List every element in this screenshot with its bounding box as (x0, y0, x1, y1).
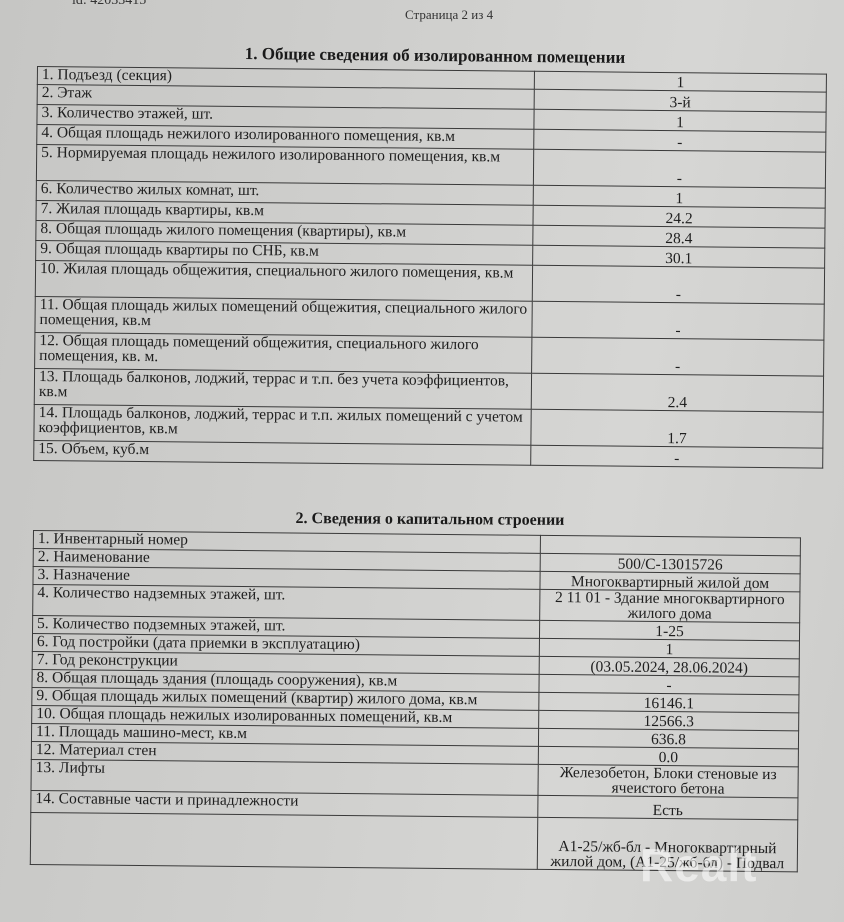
row-value: 1.7 (531, 409, 823, 448)
document-page: id: 42033415 Страница 2 из 4 1. Общие св… (0, 0, 844, 922)
row-label: 10. Жилая площадь общежития, специальног… (35, 260, 532, 301)
row-value: - (532, 301, 824, 340)
row-value: - (532, 337, 824, 376)
row-label: 15. Объем, куб.м (34, 440, 531, 465)
row-value: 1 (533, 185, 825, 208)
row-value: 28.4 (533, 225, 825, 248)
row-label: 14. Площадь балконов, лоджий, террас и т… (34, 404, 531, 445)
row-value: - (532, 265, 824, 304)
isolated-premises-table: 1. Подъезд (секция)12. Этаж3-й3. Количес… (33, 66, 827, 469)
section1-title: 1. Общие сведения об изолированном помещ… (240, 44, 630, 68)
document-id: id: 42033415 (72, 0, 146, 9)
row-label: 5. Нормируемая площадь нежилого изолиров… (36, 145, 533, 186)
row-value: 2.4 (531, 373, 823, 412)
row-value: 3-й (534, 89, 826, 112)
row-value: Железобетон, Блоки стеновые из ячеистого… (538, 764, 798, 797)
row-label: 12. Общая площадь помещений общежития, с… (35, 332, 532, 373)
row-value: - (534, 129, 826, 152)
row-value: 2 11 01 - Здание многоквартирного жилого… (540, 589, 800, 622)
row-value: 24.2 (533, 205, 825, 228)
row-label (30, 812, 537, 869)
row-value: 1 (534, 109, 826, 132)
page-indicator: Страница 2 из 4 (405, 7, 493, 23)
row-value: - (533, 149, 825, 188)
row-value: - (531, 445, 823, 468)
row-label: 13. Площадь балконов, лоджий, террас и т… (34, 368, 531, 409)
watermark-logo: Realt (640, 838, 757, 892)
capital-building-table: 1. Инвентарный номер2. Наименование500/С… (30, 530, 801, 872)
section2-title: 2. Сведения о капитальном строении (270, 510, 590, 530)
row-value: Есть (538, 795, 798, 819)
row-label: 11. Общая площадь жилых помещений общежи… (35, 296, 532, 337)
row-value: 30.1 (533, 245, 825, 268)
